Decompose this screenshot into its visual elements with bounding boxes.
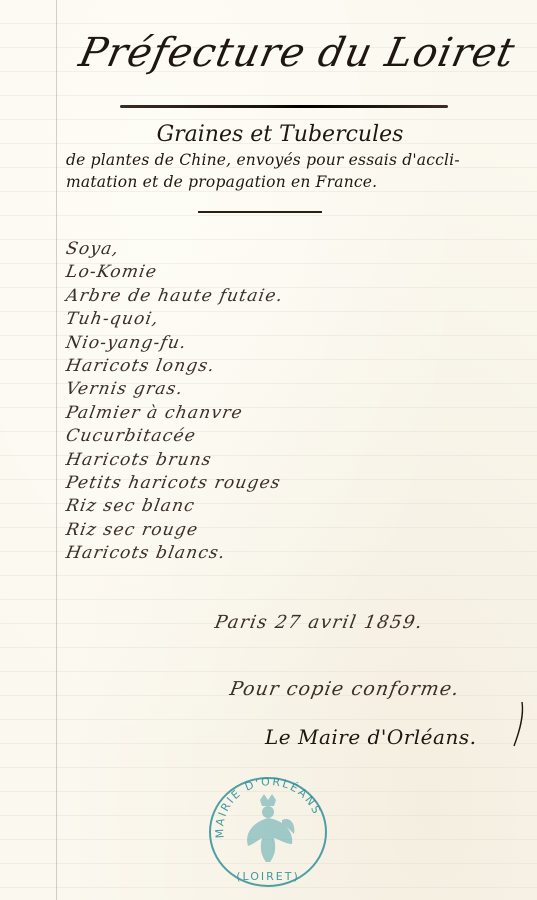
seed-list: Soya, Lo-Komie Arbre de haute futaie. Tu…: [66, 238, 283, 566]
list-item: Riz sec blanc: [64, 495, 285, 518]
list-item: Haricots longs.: [64, 355, 285, 378]
document-header: Préfecture du Loiret: [75, 30, 485, 76]
certification-line: Pour copie conforme.: [228, 678, 461, 700]
subtitle-divider: [198, 211, 322, 213]
list-item: Riz sec rouge: [64, 519, 285, 542]
svg-text:(LOIRET): (LOIRET): [236, 870, 300, 883]
list-item: Vernis gras.: [64, 378, 285, 401]
margin-rule: [56, 0, 57, 900]
list-item: Tuh-quoi,: [64, 308, 285, 331]
document-page: Préfecture du Loiret Graines et Tubercul…: [0, 0, 537, 900]
list-item: Cucurbitacée: [64, 425, 285, 448]
list-item: Petits haricots rouges: [64, 472, 285, 495]
date-line: Paris 27 avril 1859.: [213, 612, 425, 633]
header-divider: [120, 105, 448, 108]
subtitle-line-3: matation et de propagation en France.: [66, 173, 377, 191]
list-item: Soya,: [64, 238, 285, 261]
subtitle-line-1: Graines et Tubercules: [120, 122, 440, 147]
signature-flourish-icon: [512, 700, 526, 750]
mairie-stamp-icon: MAIRIE D'ORLÉANS (LOIRET): [204, 772, 332, 890]
list-item: Lo-Komie: [64, 261, 285, 284]
list-item: Nio-yang-fu.: [64, 332, 285, 355]
list-item: Palmier à chanvre: [64, 402, 285, 425]
list-item: Haricots blancs.: [64, 542, 285, 565]
list-item: Haricots bruns: [64, 449, 285, 472]
subtitle-line-2: de plantes de Chine, envoyés pour essais…: [66, 151, 460, 169]
signature: Le Maire d'Orléans.: [265, 725, 476, 749]
list-item: Arbre de haute futaie.: [64, 285, 285, 308]
eagle-emblem-icon: [247, 794, 294, 862]
